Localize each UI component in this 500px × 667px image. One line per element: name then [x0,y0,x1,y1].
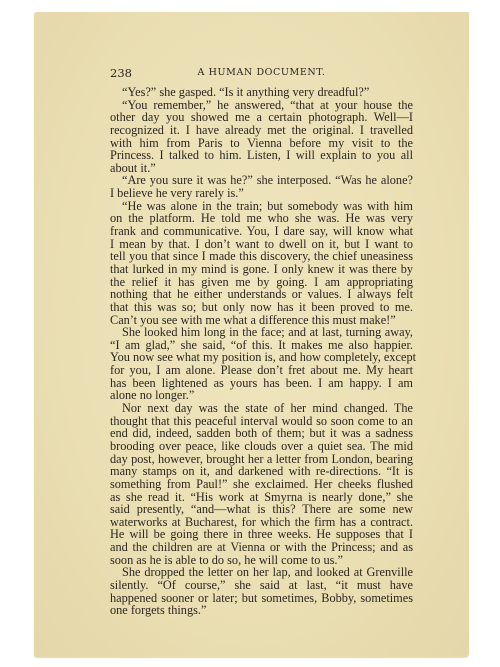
text-line: Nor next day was the state of her mind c… [110,402,413,415]
text-line: brooding over peace, like clouds over a … [110,440,413,453]
page-header: 238 A HUMAN DOCUMENT. [110,66,413,80]
text-line: that this was so; but only now has it be… [110,301,413,314]
text-line: I believe he very rarely is.” [110,187,413,200]
text-line: for you, I am alone. Please don’t fret a… [110,364,413,377]
text-line: many stamps on it, and darkened with re-… [110,465,413,478]
text-line: She looked him long in the face; and at … [110,326,413,339]
text-line: Princess. I talked to him. Listen, I wil… [110,149,413,162]
text-line: silently. “Of course,” she said at last,… [110,579,413,592]
text-line: nothing that he either understands or va… [110,288,413,301]
text-line: said presently, “and—what is this? There… [110,503,413,516]
text-line: one forgets things.” [110,604,413,617]
text-line: frank and communicative. You, I dare say… [110,225,413,238]
text-line: recognized it. I have already met the or… [110,124,413,137]
text-line: something from Paul!” she exclaimed. Her… [110,478,413,491]
text-line: “Yes?” she gasped. “Is it anything very … [110,86,413,99]
text-line: that lurked in my mind is gone. I only k… [110,263,413,276]
body-text: “Yes?” she gasped. “Is it anything very … [110,86,413,617]
text-line: and the children are at Vienna or with t… [110,541,413,554]
running-head: A HUMAN DOCUMENT. [110,67,413,78]
